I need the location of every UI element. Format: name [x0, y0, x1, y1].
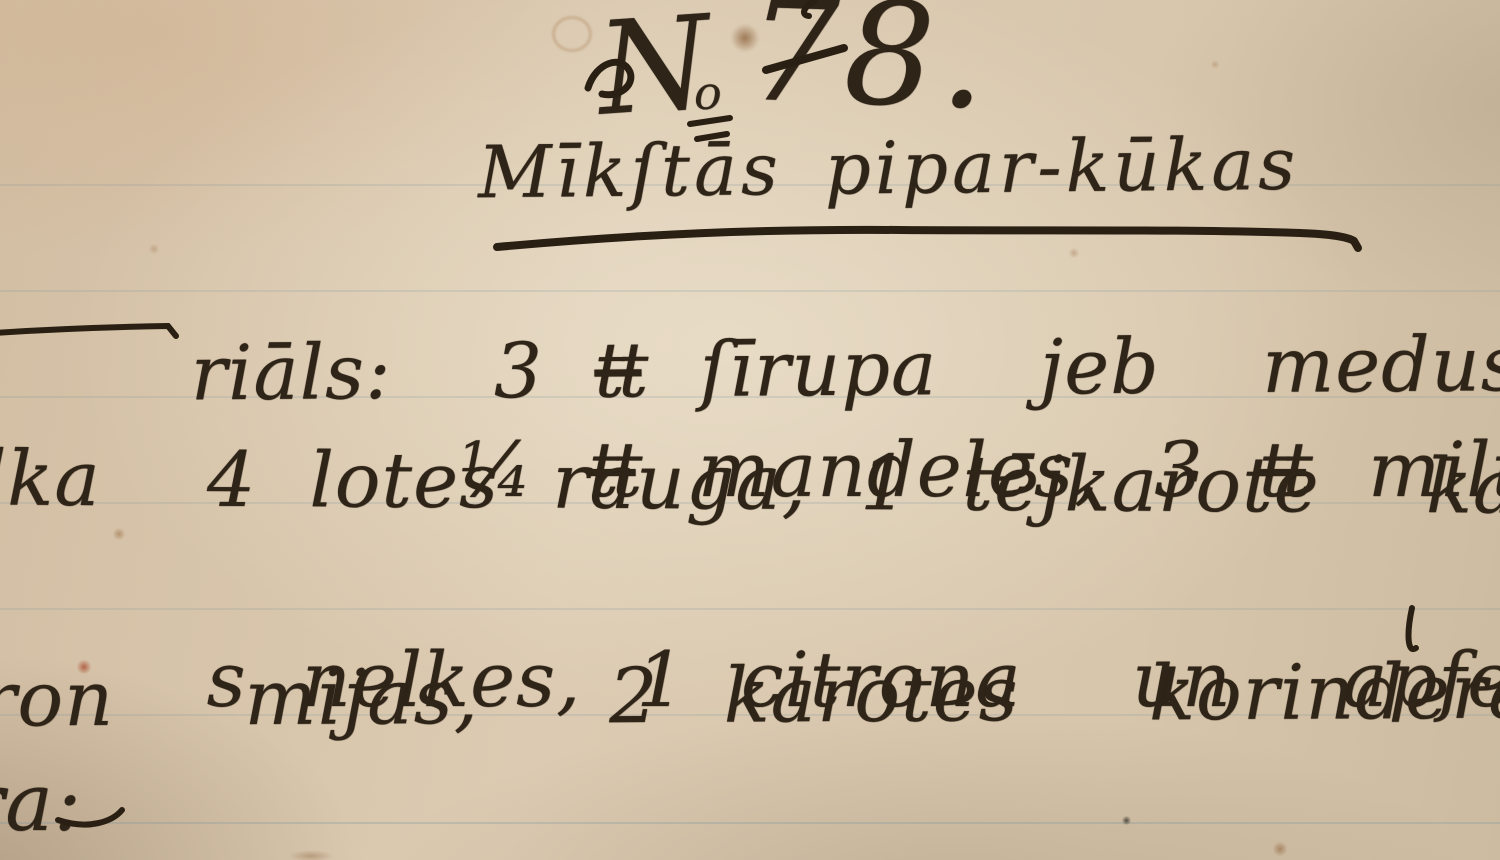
ring-stain — [552, 16, 592, 52]
recipe-title: Mīkſtās pipar-kūkas — [478, 122, 1300, 215]
numero-superscript: o — [694, 66, 722, 120]
brown-spot — [112, 528, 126, 540]
body-line-6: ra: — [0, 756, 82, 849]
smudge-stain — [288, 850, 334, 860]
body-line-5: ron mijas, 2 karotes korindera 2 — [0, 645, 1500, 743]
ruled-line — [0, 822, 1500, 824]
brown-spot — [1272, 842, 1288, 856]
freckle-stain — [1210, 60, 1220, 69]
body-line-3: lka 4 lotes rauga, 1 tējkarote kanela — [0, 434, 1500, 532]
manuscript-page: N o 78. Mīkſtās pipar-kūkas riāls: 3 tt … — [0, 0, 1500, 860]
recipe-number: 78. — [745, 0, 994, 141]
